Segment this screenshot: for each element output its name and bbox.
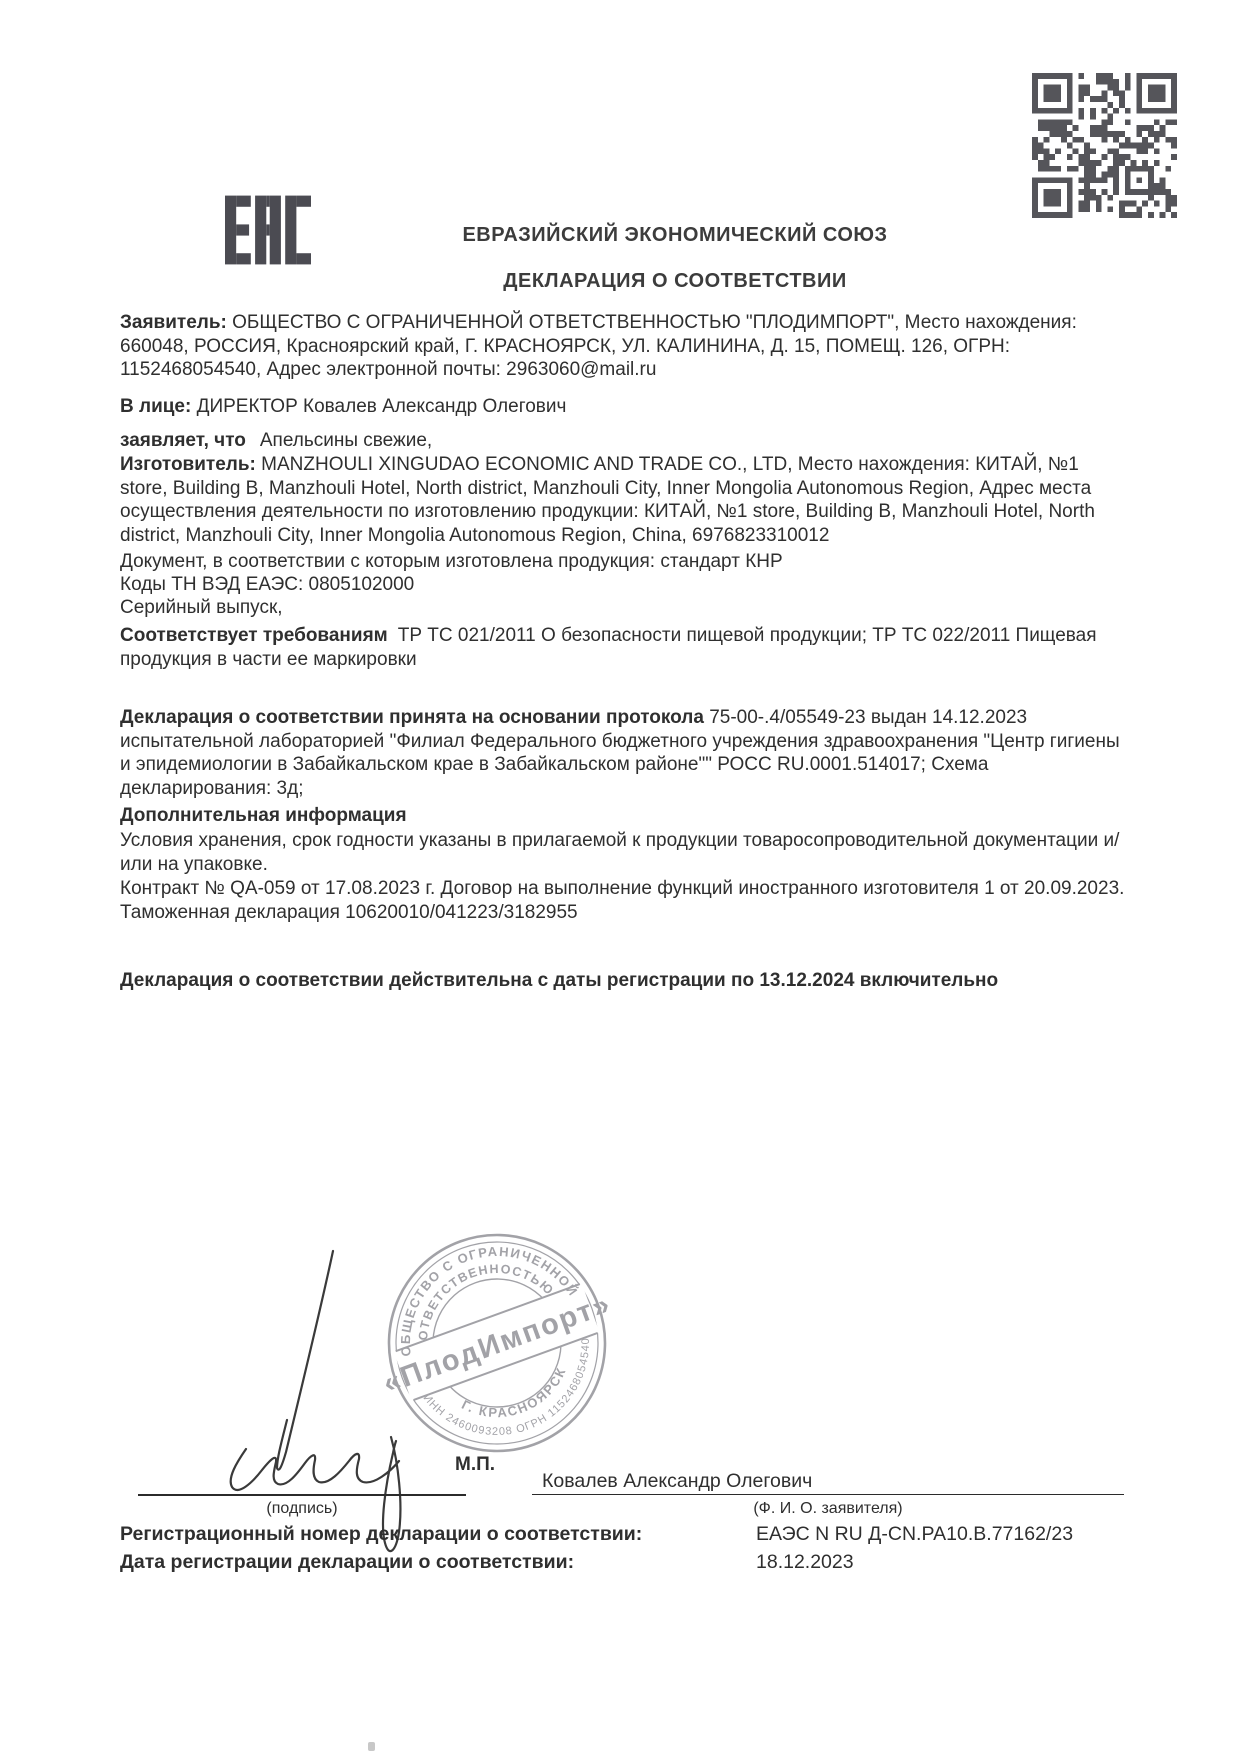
- applicant-text: ОБЩЕСТВО С ОГРАНИЧЕННОЙ ОТВЕТСТВЕННОСТЬЮ…: [120, 312, 1077, 380]
- serial-production-line: Серийный выпуск,: [120, 596, 1128, 620]
- validity-line: Декларация о соответствии действительна …: [120, 969, 1128, 993]
- in-person-line: В лице: ДИРЕКТОР Ковалев Александр Олего…: [120, 395, 1128, 419]
- basis-paragraph: Декларация о соответствии принята на осн…: [120, 706, 1128, 800]
- registration-date-value: 18.12.2023: [756, 1551, 854, 1574]
- conforms-paragraph: Соответствует требованиямТР ТС 021/2011 …: [120, 624, 1128, 671]
- union-title: ЕВРАЗИЙСКИЙ ЭКОНОМИЧЕСКИЙ СОЮЗ: [110, 224, 1240, 247]
- additional-info-heading: Дополнительная информация: [120, 804, 1128, 828]
- basis-label: Декларация о соответствии принята на осн…: [120, 707, 704, 728]
- qr-code: [1032, 73, 1177, 218]
- scan-artifact: [368, 1742, 375, 1751]
- stamp-place-label: М.П.: [455, 1454, 495, 1476]
- name-line: [532, 1494, 1124, 1495]
- storage-conditions-text: Условия хранения, срок годности указаны …: [120, 829, 1128, 876]
- contract-text: Контракт № QA-059 от 17.08.2023 г. Догов…: [120, 877, 1128, 924]
- applicant-fullname: Ковалев Александр Олегович: [542, 1470, 812, 1493]
- manufacturer-paragraph: Изготовитель: MANZHOULI XINGUDAO ECONOMI…: [120, 453, 1128, 547]
- registration-date-label: Дата регистрации декларации о соответств…: [120, 1551, 574, 1573]
- product-standard-line: Документ, в соответствии с которым изгот…: [120, 550, 1128, 574]
- signature-line: [138, 1494, 466, 1496]
- declares-label: заявляет, что: [120, 430, 246, 451]
- signature-caption: (подпись): [138, 1500, 466, 1518]
- in-person-text: ДИРЕКТОР Ковалев Александр Олегович: [197, 396, 567, 417]
- registration-number-value: ЕАЭС N RU Д-CN.РА10.В.77162/23: [756, 1523, 1073, 1546]
- applicant-paragraph: Заявитель: ОБЩЕСТВО С ОГРАНИЧЕННОЙ ОТВЕТ…: [120, 311, 1128, 382]
- registration-number-label: Регистрационный номер декларации о соотв…: [120, 1523, 642, 1545]
- manufacturer-label: Изготовитель:: [120, 454, 256, 475]
- declares-text: Апельсины свежие,: [260, 430, 432, 451]
- registration-number-row: Регистрационный номер декларации о соотв…: [120, 1523, 1130, 1546]
- fio-caption: (Ф. И. О. заявителя): [532, 1500, 1124, 1518]
- document-title: ДЕКЛАРАЦИЯ О СООТВЕТСТВИИ: [110, 270, 1240, 293]
- in-person-label: В лице:: [120, 396, 191, 417]
- tnved-codes-line: Коды ТН ВЭД ЕАЭС: 0805102000: [120, 573, 1128, 597]
- applicant-label: Заявитель:: [120, 312, 227, 333]
- manufacturer-text: MANZHOULI XINGUDAO ECONOMIC AND TRADE CO…: [120, 454, 1095, 546]
- declares-line: заявляет, чтоАпельсины свежие,: [120, 429, 1128, 453]
- registration-date-row: Дата регистрации декларации о соответств…: [120, 1551, 1130, 1574]
- conforms-label: Соответствует требованиям: [120, 625, 388, 646]
- declaration-document-page: ЕВРАЗИЙСКИЙ ЭКОНОМИЧЕСКИЙ СОЮЗ ДЕКЛАРАЦИ…: [0, 0, 1240, 1754]
